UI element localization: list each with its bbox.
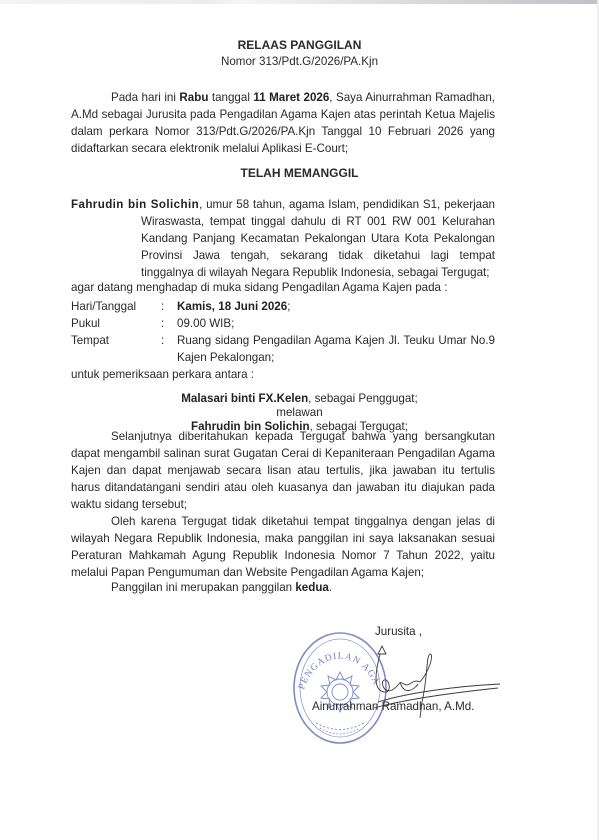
examination-text: untuk pemeriksaan perkara antara : — [71, 368, 254, 381]
opening-text-1: Pada hari ini — [111, 91, 179, 104]
schedule-separator: : — [161, 315, 177, 332]
schedule-row-time: Pukul : 09.00 WIB; — [71, 315, 495, 332]
versus-text: melawan — [0, 406, 599, 420]
defendant-line1: , umur 58 tahun, agama Islam, pendidikan… — [199, 198, 495, 211]
plaintiff-line: Malasari binti FX.Kelen, sebagai Penggug… — [0, 392, 599, 406]
plaintiff-role: , sebagai Penggugat; — [308, 392, 418, 405]
hearing-place: Ruang sidang Pengadilan Agama Kajen Jl. … — [177, 332, 495, 366]
notice-paragraph: Selanjutnya diberitahukan kepada Terguga… — [71, 428, 495, 513]
svg-text:PENGADILAN AGAMA KAJEN: PENGADILAN AGAMA KAJEN — [290, 628, 381, 691]
schedule-label: Tempat — [71, 332, 161, 366]
defendant-details: Wiraswasta, tempat tinggal dahulu di RT … — [141, 213, 495, 281]
defendant-first-line: Fahrudin bin Solichin, umur 58 tahun, ag… — [71, 196, 495, 213]
opening-paragraph: Pada hari ini Rabu tanggal 11 Maret 2026… — [71, 89, 495, 157]
appear-text: agar datang menghadap di muka sidang Pen… — [71, 281, 447, 294]
schedule-label: Hari/Tanggal — [71, 298, 161, 315]
plaintiff-name: Malasari binti FX.Kelen — [181, 392, 308, 405]
closing-period: . — [329, 581, 332, 594]
opening-text-2: tanggal — [208, 91, 253, 104]
schedule-row-place: Tempat : Ruang sidang Pengadilan Agama K… — [71, 332, 495, 366]
document-number: Nomor 313/Pdt.G/2026/PA.Kjn — [0, 55, 599, 68]
opening-day: Rabu — [179, 91, 208, 104]
document-page: RELAAS PANGGILAN Nomor 313/Pdt.G/2026/PA… — [0, 0, 599, 840]
schedule-separator: : — [161, 298, 177, 315]
opening-date: 11 Maret 2026 — [253, 91, 329, 104]
signatory-name: Ainurrahman Ramadhan, A.Md. — [312, 700, 474, 713]
closing-text: Panggilan ini merupakan panggilan — [111, 581, 295, 594]
schedule-value: Kamis, 18 Juni 2026; — [177, 298, 495, 315]
summons-ordinal: kedua — [295, 581, 329, 594]
publication-paragraph: Oleh karena Tergugat tidak diketahui tem… — [71, 513, 495, 581]
signatory-role: Jurusita , — [375, 625, 422, 638]
schedule-label: Pukul — [71, 315, 161, 332]
defendant-name: Fahrudin bin Solichin — [71, 198, 199, 211]
hearing-time: 09.00 WIB; — [177, 315, 495, 332]
document-title: RELAAS PANGGILAN — [0, 38, 599, 52]
schedule-value-rest: ; — [287, 300, 290, 313]
hearing-date: Kamis, 18 Juni 2026 — [177, 300, 287, 313]
defendant-block: Fahrudin bin Solichin, umur 58 tahun, ag… — [71, 196, 495, 281]
schedule-separator: : — [161, 332, 177, 366]
schedule-row-date: Hari/Tanggal : Kamis, 18 Juni 2026; — [71, 298, 495, 315]
summoned-heading: TELAH MEMANGGIL — [0, 166, 599, 180]
hearing-schedule: Hari/Tanggal : Kamis, 18 Juni 2026; Puku… — [71, 298, 495, 366]
closing-line: Panggilan ini merupakan panggilan kedua. — [111, 581, 332, 594]
